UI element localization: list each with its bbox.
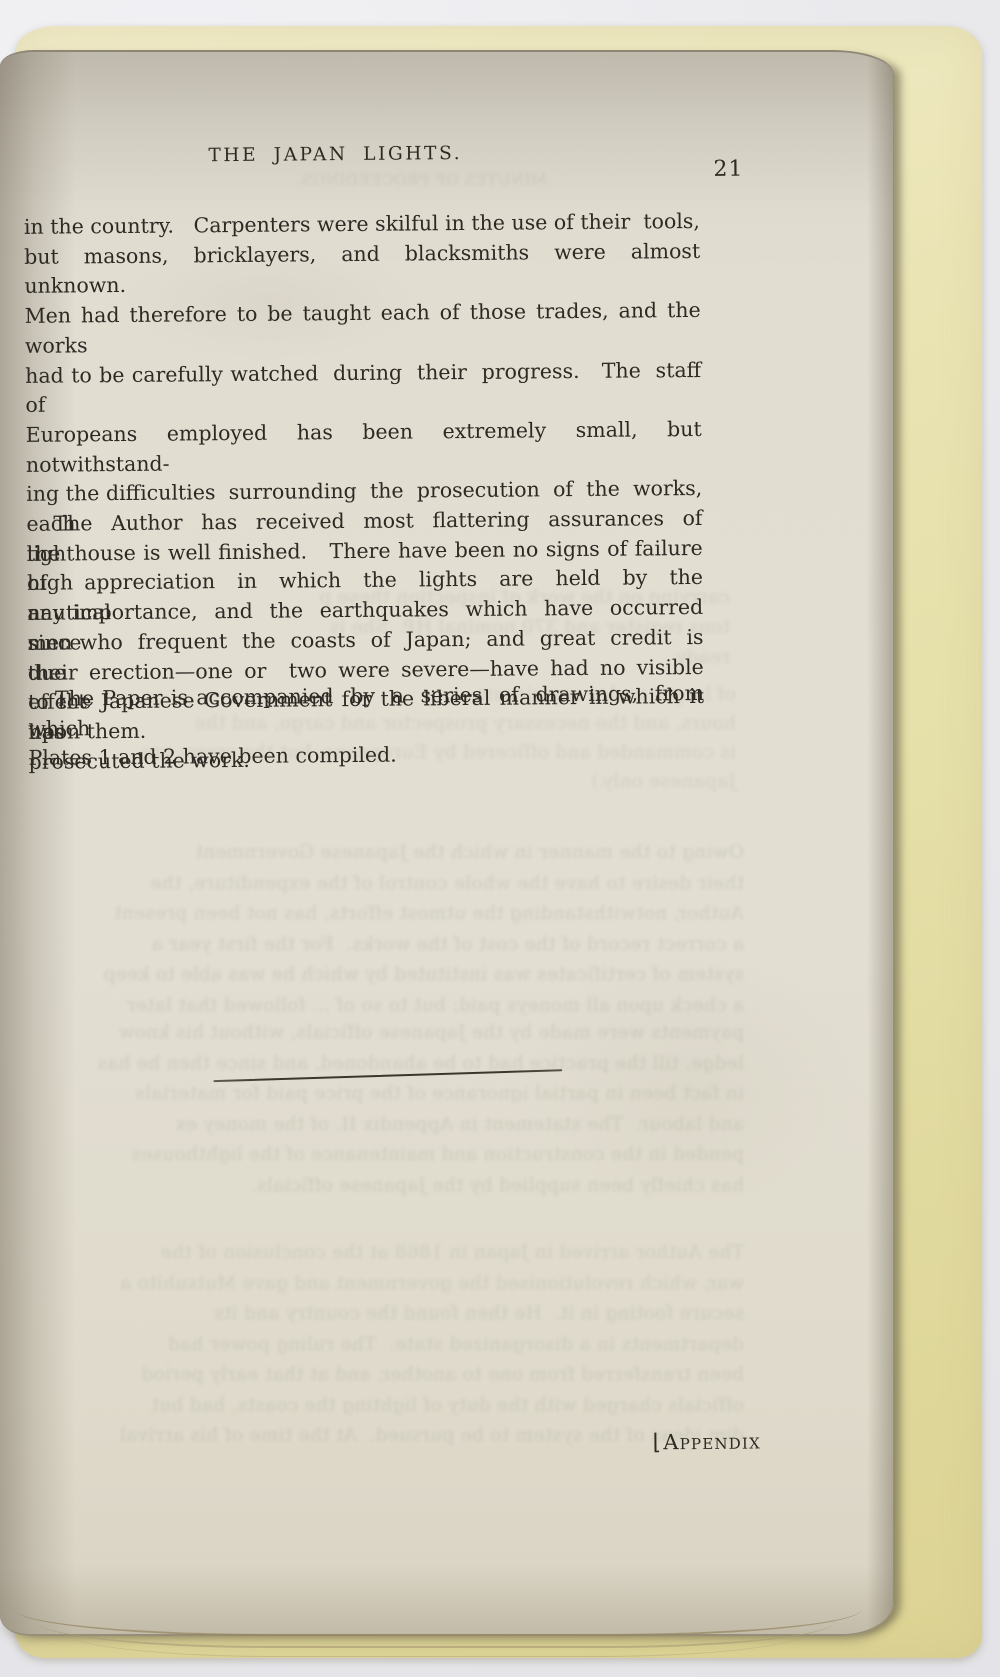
text-line: had to be carefully watched during their…	[25, 355, 701, 420]
catchword: ⌊Appendix	[652, 1429, 761, 1455]
text-line: but masons, bricklayers, and blacksmiths…	[24, 237, 700, 302]
text-line: Plates 1 and 2 have been compiled.	[28, 738, 704, 774]
text-line: high appreciation in which the lights ar…	[27, 563, 703, 628]
running-header: THE JAPAN LIGHTS. 21	[23, 141, 699, 187]
book-page: MINUTES OF PROCEEDINGS. carrying on the …	[0, 50, 894, 1636]
text-line: The Author has received most flattering …	[26, 504, 702, 569]
book-photo-scene: MINUTES OF PROCEEDINGS. carrying on the …	[0, 0, 1000, 1677]
text-line: Men had therefore to be taught each of t…	[25, 296, 701, 361]
text-line: Europeans employed has been extremely sm…	[26, 415, 702, 480]
text-line: men who frequent the coasts of Japan; an…	[27, 623, 703, 688]
printed-content: THE JAPAN LIGHTS. 21 in the country. Car…	[0, 50, 894, 1636]
bracket-glyph: ⌊	[652, 1430, 662, 1455]
catchword-text: Appendix	[663, 1429, 761, 1454]
section-divider-rule	[213, 1069, 562, 1082]
text-line: The Paper is accompanied by a series of …	[28, 679, 704, 744]
paragraph: The Paper is accompanied by a series of …	[28, 679, 705, 774]
page-title: THE JAPAN LIGHTS.	[23, 141, 699, 168]
page-number: 21	[713, 157, 743, 182]
